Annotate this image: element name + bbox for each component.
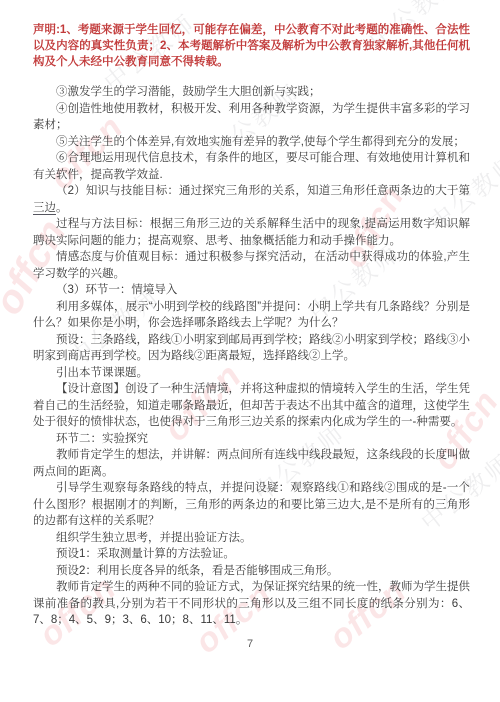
page-number: 7 (0, 638, 500, 650)
paragraph: 利用多媒体，展示“小明到学校的线路图”并提问：小明上学共有几条路线？分别是什么？… (33, 299, 470, 332)
paragraph: ③激发学生的学习潜能，鼓励学生大胆创新与实践； (33, 84, 470, 101)
paragraph: ⑤关注学生的个体差异,有效地实施有差异的教学,使每个学生都得到充分的发展； (33, 134, 470, 151)
paragraph: （2）知识与技能目标：通过探究三角形的关系，知道三角形任意两条边的大于第三边。 (33, 183, 470, 216)
disclaimer-text: 声明:1、考题来源于学生回忆，可能存在偏差，中公教育不对此考题的准确性、合法性以… (33, 22, 470, 70)
document-page: 中公教师中公教师中公教师中公教师中公教师中公教师中公教师中公教师offcnoff… (0, 0, 500, 702)
paragraph: ⑥合理地运用现代信息技术，有条件的地区，要尽可能合理、有效地使用计算机和有关软件… (33, 150, 470, 183)
paragraph: （3）环节一：情境导入 (33, 282, 470, 299)
paragraph: 预设2：利用长度各异的纸条，看是否能够围成三角形。 (33, 563, 470, 580)
paragraph: 情感态度与价值观目标：通过积极参与探究活动，在活动中获得成功的体验,产生学习数学… (33, 249, 470, 282)
paragraph: 组织学生独立思考，并提出验证方法。 (33, 530, 470, 547)
paragraph: 环节二：实验探究 (33, 431, 470, 448)
paragraph: 引出本节课课题。 (33, 365, 470, 382)
lesson-plan-body: ③激发学生的学习潜能，鼓励学生大胆创新与实践；④创造性地使用教材，积极开发、利用… (33, 84, 470, 629)
paragraph: 教师肯定学生的想法，并讲解：两点间所有连线中线段最短，这条线段的长度叫做两点间的… (33, 447, 470, 480)
paragraph: 教师肯定学生的两种不同的验证方式，为保证探究结果的统一性，教师为学生提供课前准备… (33, 579, 470, 629)
paragraph: 预设1：采取测量计算的方法验证。 (33, 546, 470, 563)
paragraph: 【设计意图】创设了一种生活情境，并将这种虚拟的情境转入学生的生活，学生凭着自己的… (33, 381, 470, 431)
paragraph: ④创造性地使用教材，积极开发、利用各种教学资源，为学生提供丰富多彩的学习素材； (33, 101, 470, 134)
paragraph: 预设：三条路线，路线①小明家到邮局再到学校；路线②小明家到学校；路线③小明家到商… (33, 332, 470, 365)
paragraph: 引导学生观察每条路线的特点，并提问设疑：观察路线①和路线②围成的是-一个什么图形… (33, 480, 470, 530)
paragraph: 过程与方法目标：根据三角形三边的关系解释生活中的现象,提高运用数字知识解聘决实际… (33, 216, 470, 249)
